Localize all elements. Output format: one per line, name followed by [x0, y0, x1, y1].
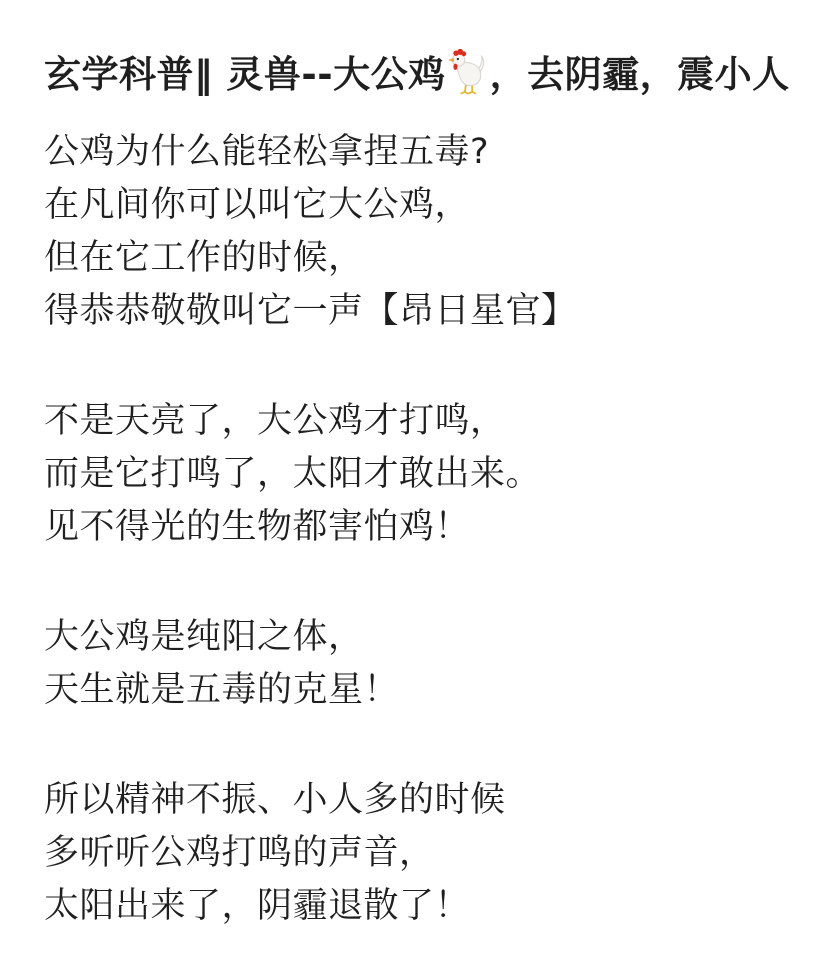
page-title: 玄学科普‖ 灵兽--大公鸡 [44, 48, 784, 102]
paragraph-4: 所以精神不振、小人多的时候 多听听公鸡打鸣的声音， 太阳出来了，阴霾退散了！ [44, 774, 784, 933]
text-line: 见不得光的生物都害怕鸡！ [44, 501, 784, 554]
text-line: 所以精神不振、小人多的时候 [44, 774, 784, 827]
article: 玄学科普‖ 灵兽--大公鸡 [0, 0, 828, 933]
text-line: 大公鸡是纯阳之体， [44, 611, 784, 664]
text-line: 得恭恭敬敬叫它一声【昂日星官】 [44, 285, 784, 338]
paragraph-2: 不是天亮了，大公鸡才打鸣， 而是它打鸣了，太阳才敢出来。 见不得光的生物都害怕鸡… [44, 395, 784, 554]
text-line: 但在它工作的时候， [44, 232, 784, 285]
title-text-after: ，去阴霾，震小人 [490, 53, 790, 96]
text-line: 不是天亮了，大公鸡才打鸣， [44, 395, 784, 448]
paragraph-1: 公鸡为什么能轻松拿捏五毒? 在凡间你可以叫它大公鸡， 但在它工作的时候， 得恭恭… [44, 126, 784, 338]
text-line: 公鸡为什么能轻松拿捏五毒? [44, 126, 784, 179]
title-text-before: 玄学科普‖ 灵兽--大公鸡 [44, 53, 446, 96]
text-line: 在凡间你可以叫它大公鸡， [44, 179, 784, 232]
text-line: 而是它打鸣了，太阳才敢出来。 [44, 448, 784, 501]
text-line: 太阳出来了，阴霾退散了！ [44, 880, 784, 933]
paragraph-3: 大公鸡是纯阳之体， 天生就是五毒的克星！ [44, 611, 784, 717]
text-line: 多听听公鸡打鸣的声音， [44, 827, 784, 880]
rooster-icon [447, 49, 489, 95]
text-line: 天生就是五毒的克星！ [44, 664, 784, 717]
